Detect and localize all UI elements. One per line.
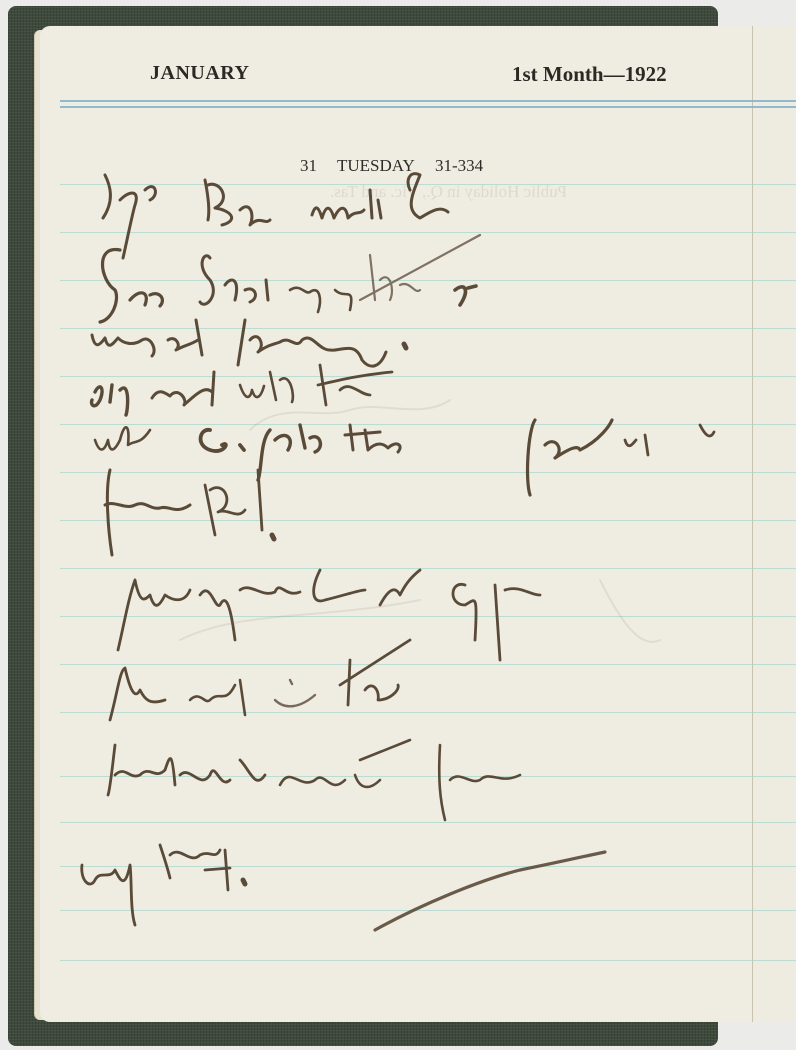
- handwriting-strokes: [0, 0, 796, 1050]
